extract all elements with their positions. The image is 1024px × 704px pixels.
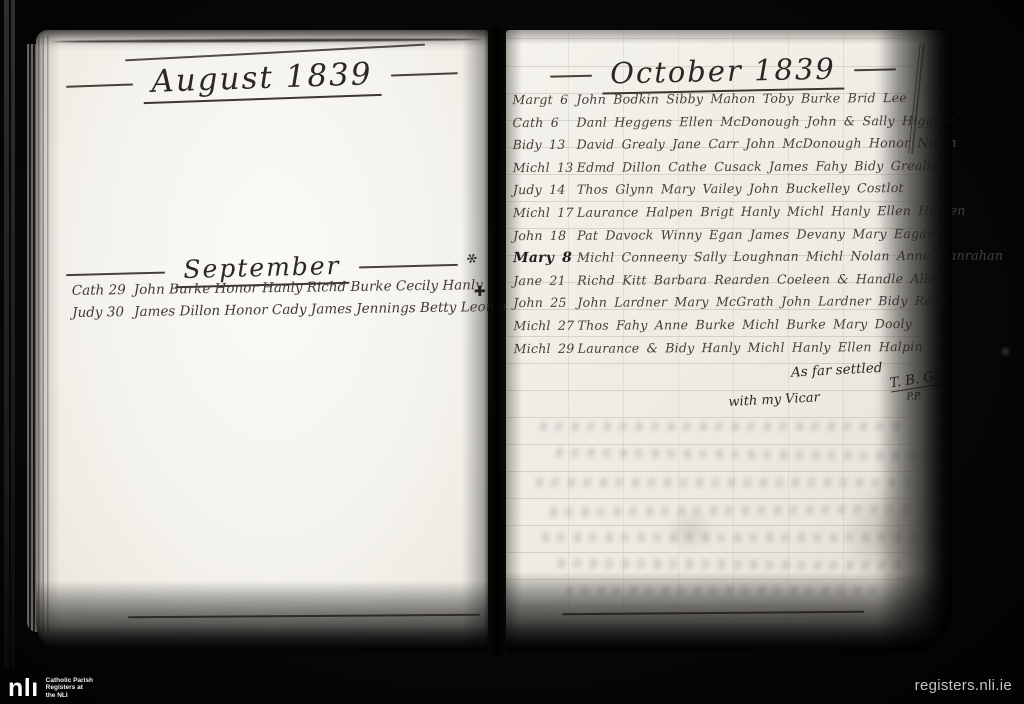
book-spine-edge-highlight (11, 0, 15, 668)
scanned-register-photo: August 1839 September Cath 29 John Burke… (0, 0, 1024, 704)
book-spine-edge (4, 0, 9, 668)
register-entry: Judy 14 Thos Glynn Mary Vailey John Buck… (513, 180, 943, 205)
entry-name-date: Judy 30 (72, 304, 124, 321)
priest-settlement-note: As far settled T. B. Gill with my Vicar … (727, 356, 960, 424)
page-left-edge-lines (38, 36, 51, 633)
ink-cross-blot: ✚ (474, 284, 486, 300)
entry-name-date: Cath 6 (512, 114, 566, 129)
entry-name-date: Michl 17 (513, 205, 567, 220)
register-entry: Michl 13 Edmd Dillon Cathe Cusack James … (513, 158, 943, 183)
note-line: As far settled (791, 360, 883, 381)
register-right-page: October 1839 Margt 6 John Bodkin Sibby M… (506, 30, 952, 652)
entry-name-date: Cath 29 (72, 282, 124, 299)
register-entry: Michl 27 Thos Fahy Anne Burke Michl Burk… (513, 316, 943, 341)
entry-name-date: Bidy 13 (513, 137, 567, 152)
october-1839-heading: October 1839 (550, 50, 897, 95)
august-heading-text: August 1839 (143, 56, 382, 104)
bottom-ruled-line (128, 614, 480, 618)
heading-rule-right (359, 263, 458, 268)
august-1839-heading: August 1839 (65, 53, 458, 107)
heading-rule-left (550, 75, 592, 78)
bleed-through-writing (540, 422, 900, 431)
entry-text: David Grealy Jane Carr John McDonough Ho… (577, 135, 957, 152)
nli-logo: nlı Catholic Parish Registers at the NLI (8, 677, 93, 700)
page-top-edge (52, 38, 482, 43)
entry-text: Danl Heggens Ellen McDonough John & Sall… (576, 112, 953, 129)
register-entry: Michl 17 Laurance Halpen Brigt Hanly Mic… (513, 203, 943, 228)
page-shadow-overlay (36, 30, 488, 652)
register-entry: Bidy 13 David Grealy Jane Carr John McDo… (513, 135, 943, 160)
ink-scribble-mark: ✻ (463, 250, 479, 268)
entry-name-date: John 18 (513, 227, 567, 242)
entry-text: Thos Glynn Mary Vailey John Buckelley Co… (577, 180, 904, 197)
entry-text: Michl Conneeny Sally Loughnan Michl Nola… (577, 248, 1003, 265)
entry-name-date: Jane 21 (513, 273, 567, 288)
entry-name-date: Margt 6 (512, 92, 566, 107)
note-line: with my Vicar (728, 390, 820, 410)
entry-name-date: Michl 27 (513, 318, 567, 333)
page-stain (656, 500, 726, 560)
entry-text: Laurance & Bidy Hanly Michl Hanly Ellen … (578, 339, 923, 356)
register-entry: Judy 30 James Dillon Honor Cady James Je… (72, 299, 487, 327)
entry-name-date: Judy 14 (513, 182, 567, 197)
entry-name-date: Michl 13 (513, 160, 567, 175)
october-heading-text: October 1839 (602, 51, 844, 94)
entry-text: Thos Fahy Anne Burke Michl Burke Mary Do… (577, 316, 912, 333)
register-entry: Jane 21 Richd Kitt Barbara Rearden Coele… (513, 271, 943, 296)
register-left-page: August 1839 September Cath 29 John Burke… (36, 30, 488, 652)
heading-rule-right (854, 68, 896, 71)
caption-line: the NLI (46, 692, 93, 700)
entry-name-date: John 25 (513, 295, 567, 310)
heading-rule-right (391, 72, 458, 76)
october-entries: Margt 6 John Bodkin Sibby Mahon Toby Bur… (512, 90, 943, 363)
register-entry: John 25 John Lardner Mary McGrath John L… (513, 293, 943, 318)
entry-text: Richd Kitt Barbara Rearden Coeleen & Han… (577, 271, 943, 288)
priest-signature: T. B. Gill (889, 367, 949, 393)
dust-speck (1002, 348, 1009, 355)
caption-line: Registers at (46, 684, 93, 692)
register-entry: Margt 6 John Bodkin Sibby Mahon Toby Bur… (512, 90, 942, 115)
entry-name-date: Michl 29 (514, 340, 568, 355)
heading-rule-left (66, 271, 165, 276)
entry-text: John Lardner Mary McGrath John Lardner B… (577, 293, 952, 310)
heading-rule-left (66, 83, 133, 87)
nli-logo-mark: nlı (8, 678, 39, 698)
register-entry: Cath 6 Danl Heggens Ellen McDonough John… (512, 112, 942, 137)
register-entry: Mary 8 Michl Conneeny Sally Loughnan Mic… (513, 248, 943, 273)
parish-priest-abbreviation: P.P. (906, 391, 922, 403)
bleed-through-writing (542, 533, 917, 542)
entry-name-date: Mary 8 (513, 250, 567, 266)
september-entries: Cath 29 John Burke Honor Hanly Richd Bur… (72, 277, 488, 327)
register-entry: John 18 Pat Davock Winny Egan James Deva… (513, 225, 943, 250)
website-watermark: registers.nli.ie (915, 677, 1012, 694)
bleed-through-writing (550, 504, 915, 516)
entry-text: Laurance Halpen Brigt Hanly Michl Hanly … (577, 203, 966, 220)
bottom-ruled-line (562, 611, 864, 616)
bleed-through-writing (536, 478, 916, 487)
entry-text: Pat Davock Winny Egan James Devany Mary … (577, 225, 935, 242)
page-stain (826, 460, 946, 610)
bleed-through-writing (566, 586, 886, 595)
entry-text: John Bodkin Sibby Mahon Toby Burke Brid … (576, 90, 907, 107)
bleed-through-writing (556, 448, 926, 461)
bleed-through-writing (558, 559, 908, 570)
nli-logo-caption: Catholic Parish Registers at the NLI (46, 677, 93, 700)
caption-line: Catholic Parish (46, 677, 93, 685)
entry-text: Edmd Dillon Cathe Cusack James Fahy Bidy… (577, 158, 938, 175)
